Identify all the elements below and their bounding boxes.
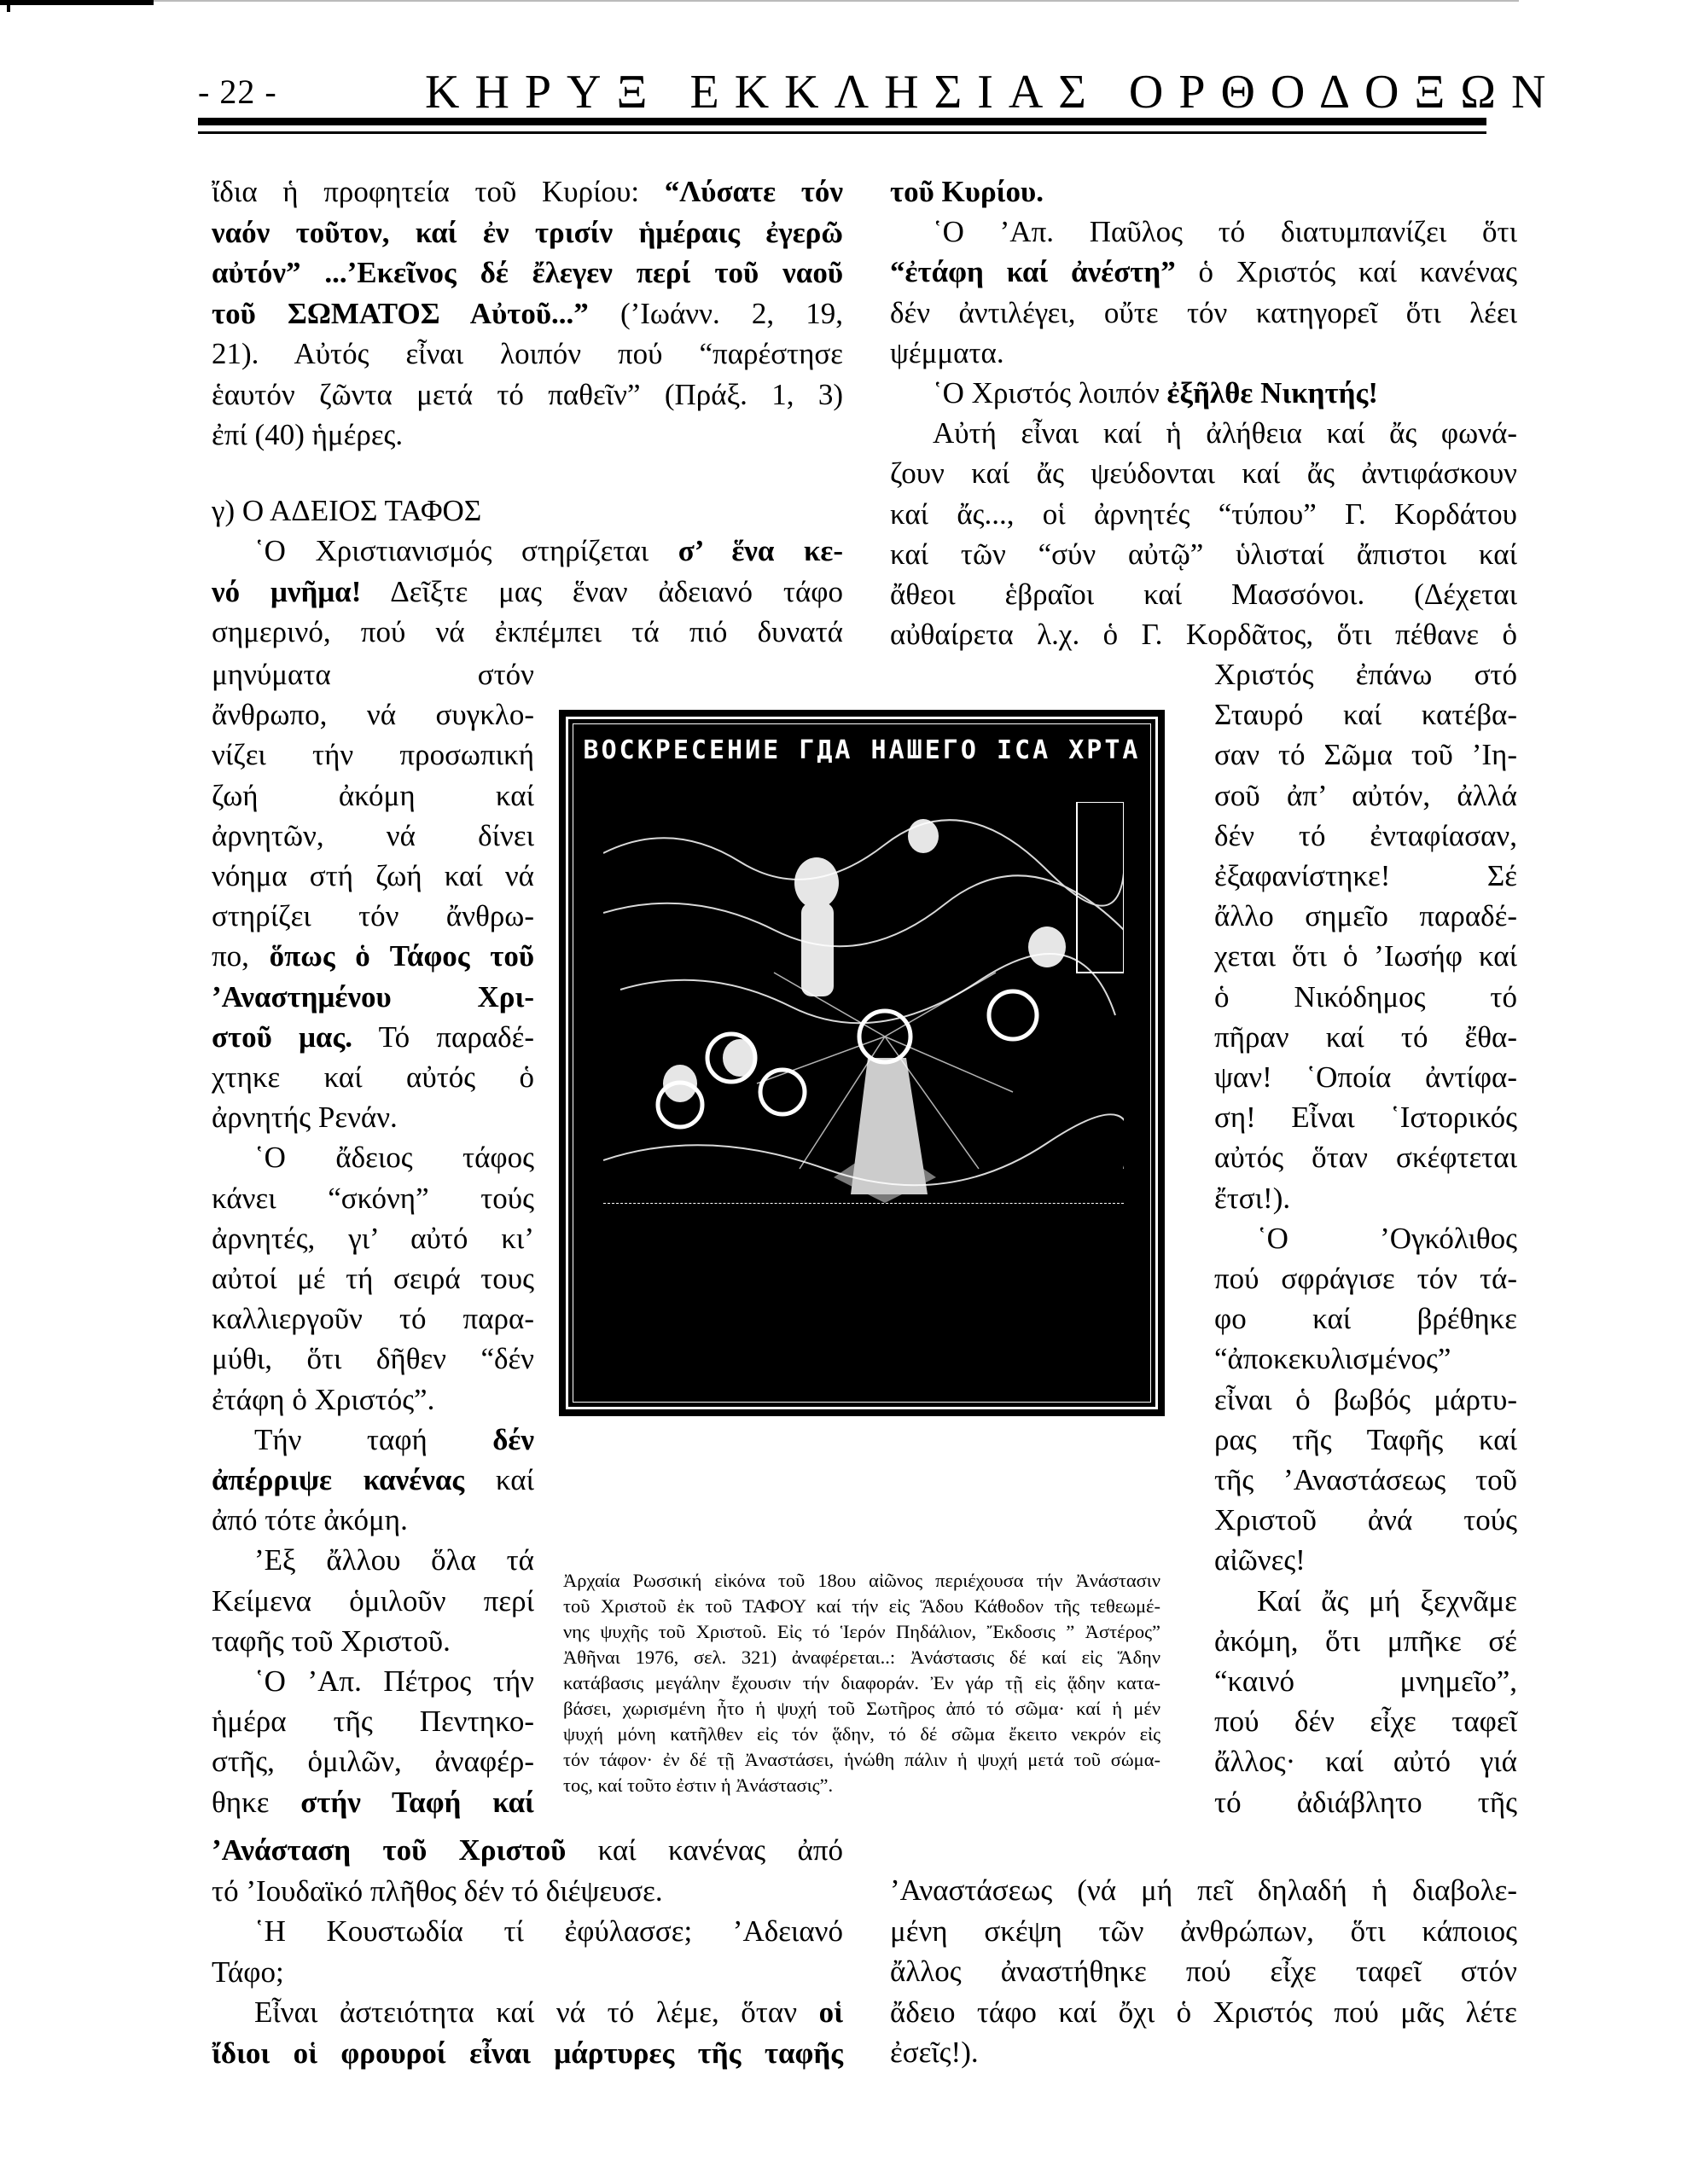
body-text: ἄνθρωπο, νά συγκλο- (212, 698, 534, 731)
body-text: καί ἄς..., οἱ ἀρνητές “τύπου” Γ. Κορδάτο… (890, 497, 1517, 531)
body-text: Αὐτή εἶναι καί ἡ ἀλήθεια καί ἄς φωνά- (933, 416, 1517, 450)
text-line: ’Ανάσταση τοῦ Χριστοῦ καί κανένας ἀπό (212, 1832, 843, 1869)
text-line: 21). Αὐτός εἶναι λοιπόν πού “παρέστησε (212, 335, 843, 373)
body-text: τῆς ’Αναστάσεως τοῦ (1214, 1463, 1517, 1496)
text-line: ρας τῆς Ταφῆς καί (1214, 1421, 1517, 1459)
text-line: σοῦ ἀπ’ αὐτόν, ἀλλά (1214, 777, 1517, 815)
text-line: ἀρνητῶν, νά δίνει (212, 817, 534, 855)
body-text: ἄθεοι ἑβραῖοι καί Μασσόνοι. (Δέχεται (890, 578, 1517, 611)
body-text: ἄλλο σημεῖο παραδέ- (1214, 899, 1517, 932)
text-line: θηκε στήν Ταφή καί (212, 1784, 534, 1821)
text-line: τοῦ Κυρίου. (890, 173, 1517, 211)
text-line: στῆς, ὁμιλῶν, ἀναφέρ- (212, 1743, 534, 1780)
text-line: ῾Ο ’Απ. Πέτρος τήν (212, 1663, 534, 1700)
body-text: ῾Ο Χριστός λοιπόν (933, 376, 1167, 409)
text-line: ἴδια ἡ προφητεία τοῦ Κυρίου: “Λύσατε τόν (212, 173, 843, 211)
body-text: Δεῖξτε μας ἕναν ἀδειανό τάφο (361, 575, 843, 608)
bold-text: ὅπως ὁ Τάφος τοῦ (270, 939, 534, 973)
body-text: ὁ Νικόδημος τό (1214, 980, 1517, 1014)
text-line: ταφῆς τοῦ Χριστοῦ. (212, 1623, 534, 1660)
body-text: εἶναι ὁ βωβός μάρτυ- (1214, 1383, 1517, 1416)
body-text: μύθι, ὅτι δῆθεν “δέν (212, 1342, 534, 1375)
body-text: ῾Ο ’Απ. Παῦλος τό διατυμπανίζει ὅτι (933, 215, 1517, 248)
body-text: ῾Ο ’Απ. Πέτρος τήν (254, 1664, 534, 1698)
body-text: ἐσεῖς!). (890, 2036, 979, 2069)
bold-text: σ’ ἕνα κε- (678, 534, 843, 567)
text-line: αὐθαίρετα λ.χ. ὁ Γ. Κορδᾶτος, ὅτι πέθανε… (890, 616, 1517, 653)
bold-text: στήν Ταφή καί (300, 1786, 534, 1819)
text-line: ἀκόμη, ὅτι μπῆκε σέ (1214, 1623, 1517, 1660)
text-line: εἶναι ὁ βωβός μάρτυ- (1214, 1381, 1517, 1419)
body-text: σημερινό, πού νά ἐκπέμπει τά πιό δυνατά (212, 615, 843, 648)
text-line: τοῦ ΣΩΜΑΤΟΣ Αὐτοῦ...” (’Ιωάνν. 2, 19, (212, 295, 843, 333)
text-line: στηρίζει τόν ἄνθρω- (212, 897, 534, 935)
body-text: δέν τό ἐνταφίασαν, (1214, 819, 1517, 852)
bold-text: ἴδιοι οἱ φρουροί εἶναι μάρτυρες τῆς ταφῆ… (212, 2036, 843, 2070)
body-text: ἀπό τότε ἀκόμη. (212, 1503, 408, 1536)
text-line: καί ἄς..., οἱ ἀρνητές “τύπου” Γ. Κορδάτο… (890, 496, 1517, 533)
text-line: “καινό μνημεῖο”, (1214, 1663, 1517, 1700)
text-line: αὐτός ὅταν σκέφτεται (1214, 1139, 1517, 1176)
body-text: ση! Εἶναι ῾Ιστορικός (1214, 1101, 1517, 1134)
text-line: ἐτάφη ὁ Χριστός”. (212, 1381, 534, 1419)
body-text: αὐθαίρετα λ.χ. ὁ Γ. Κορδᾶτος, ὅτι πέθανε… (890, 618, 1517, 651)
text-line: ἀρνητές, γι’ αὐτό κι’ (212, 1220, 534, 1258)
bold-text: δέν (492, 1423, 534, 1456)
body-text: ἀρνητές, γι’ αὐτό κι’ (212, 1222, 534, 1255)
body-text: στηρίζει τόν ἄνθρω- (212, 899, 534, 932)
body-text: καί τῶν “σύν αὐτῷ” ὑλισταί ἄπιστοι καί (890, 537, 1517, 571)
text-line: τό ’Ιουδαϊκό πλῆθος δέν τό διέψευσε. (212, 1873, 843, 1910)
caption-line: τος, καί τοῦτο ἐστιν ἡ Ἀνάστασις”. (563, 1773, 1160, 1798)
bold-text: αὐτόν” ...’Εκεῖνος δέ ἔλεγεν περί τοῦ να… (212, 256, 843, 289)
text-line: ’Εξ ἄλλου ὅλα τά (212, 1542, 534, 1579)
body-text: ἡμέρα τῆς Πεντηκο- (212, 1705, 534, 1738)
text-line: νόημα στή ζωή καί νά (212, 857, 534, 895)
text-line: νίζει τήν προσωπική (212, 736, 534, 774)
text-line: καί τῶν “σύν αὐτῷ” ὑλισταί ἄπιστοι καί (890, 536, 1517, 573)
bold-text: οἱ (819, 1995, 843, 2029)
body-text: πο, (212, 939, 270, 973)
body-text: πού σφράγισε τόν τά- (1214, 1262, 1517, 1295)
text-line: μύθι, ὅτι δῆθεν “δέν (212, 1340, 534, 1378)
body-text: σοῦ ἀπ’ αὐτόν, ἀλλά (1214, 779, 1517, 812)
bold-text: τοῦ ΣΩΜΑΤΟΣ Αὐτοῦ...” (212, 297, 589, 330)
caption-line: Ἀρχαία Ρωσσική εἰκόνα τοῦ 18ου αἰῶνος πε… (563, 1568, 1160, 1593)
text-line: ῾Η Κουστωδία τί ἐφύλασσε; ’Αδειανό (212, 1913, 843, 1950)
header-rule-thick (198, 118, 1486, 125)
body-text: αἰῶνες! (1214, 1543, 1306, 1577)
body-text: ἄλλος ἀναστήθηκε πού εἶχε ταφεῖ στόν (890, 1955, 1517, 1988)
text-line: “ἐτάφη καί ἀνέστη” ὁ Χριστός καί κανένας (890, 253, 1517, 291)
text-line: ἔτσι!). (1214, 1180, 1517, 1217)
caption-line: ψυχή μόνη κατῆλθεν εἰς τόν ᾅδην, τό δέ σ… (563, 1722, 1160, 1746)
body-text: ταφῆς τοῦ Χριστοῦ. (212, 1624, 451, 1658)
bold-text: ἀπέρριψε κανένας (212, 1463, 464, 1496)
body-text: Τήν ταφή (254, 1423, 492, 1456)
bold-text: ναόν τοῦτον, καί ἐν τρισίν ἡμέραις ἐγερῶ (212, 216, 843, 249)
text-line: αὐτόν” ...’Εκεῖνος δέ ἔλεγεν περί τοῦ να… (212, 254, 843, 292)
text-line: ῾Ο ’Απ. Παῦλος τό διατυμπανίζει ὅτι (890, 213, 1517, 251)
text-line: ἴδιοι οἱ φρουροί εἶναι μάρτυρες τῆς ταφῆ… (212, 2035, 843, 2072)
text-line: Χριστός ἐπάνω στό (1214, 656, 1517, 694)
text-line: ζωή ἀκόμη καί (212, 777, 534, 815)
body-text: Τάφο; (212, 1955, 284, 1989)
body-text: Τό παραδέ- (352, 1020, 534, 1054)
caption-line: κατάβασις μεγάλην ἔχουσιν τήν διαφοράν. … (563, 1670, 1160, 1695)
header-rule-thin (198, 131, 1486, 134)
text-line: ἄλλο σημεῖο παραδέ- (1214, 897, 1517, 935)
body-text: αὐτοί μέ τή σειρά τους (212, 1262, 534, 1295)
text-line: ζουν καί ἄς ψεύδονται καί ἄς ἀντιφάσκουν (890, 455, 1517, 492)
body-text: ἐξαφανίστηκε! Σέ (1214, 859, 1517, 892)
body-text: ’Αναστάσεως (νά μή πεῖ δηλαδή ἡ διαβολε- (890, 1873, 1517, 1907)
text-line: ναόν τοῦτον, καί ἐν τρισίν ἡμέραις ἐγερῶ (212, 214, 843, 252)
body-text: Εἶναι ἀστειότητα καί νά τό λέμε, ὅταν (254, 1995, 819, 2029)
body-text: χεται ὅτι ὁ ’Ιωσήφ καί (1214, 939, 1517, 973)
body-text: ἐπί (40) ἡμέρες. (212, 418, 403, 451)
text-line: ῾Ο ἄδειος τάφος (212, 1139, 534, 1176)
text-line: ψέμματα. (890, 334, 1517, 372)
body-text: Χριστός ἐπάνω στό (1214, 658, 1517, 691)
text-line: Κείμενα ὁμιλοῦν περί (212, 1583, 534, 1620)
body-text: ῾Η Κουστωδία τί ἐφύλασσε; ’Αδειανό (254, 1914, 843, 1948)
text-line: χεται ὅτι ὁ ’Ιωσήφ καί (1214, 938, 1517, 975)
body-text: ἐτάφη ὁ Χριστός”. (212, 1383, 434, 1416)
text-line: τό ἀδιάβλητο τῆς (1214, 1784, 1517, 1821)
resurrection-icon-image (603, 802, 1124, 1204)
body-text: νίζει τήν προσωπική (212, 738, 534, 771)
text-line: ψαν! ῾Οποία ἀντίφα- (1214, 1059, 1517, 1096)
body-text: ὁ Χριστός καί κανένας (1176, 255, 1517, 288)
bold-text: νό μνῆμα! (212, 575, 361, 608)
caption-line: νης ψυχῆς τοῦ Χριστοῦ. Εἰς τό Ἱερόν Πηδά… (563, 1619, 1160, 1644)
body-text: “καινό μνημεῖο”, (1214, 1664, 1517, 1698)
body-text: τό ἀδιάβλητο τῆς (1214, 1786, 1517, 1819)
text-line: Σταυρό καί κατέβα- (1214, 696, 1517, 734)
body-text: “ἀποκεκυλισμένος” (1214, 1342, 1451, 1375)
caption-line: τόν τάφον· ἐν δέ τῇ Ἀναστάσει, ἡνώθη πάλ… (563, 1747, 1160, 1772)
text-line: αἰῶνες! (1214, 1542, 1517, 1579)
body-text: καί κανένας ἀπό (566, 1833, 843, 1867)
text-line: ἄνθρωπο, νά συγκλο- (212, 696, 534, 734)
page-header: - 22 - ΚΗΡΥΞ ΕΚΚΛΗΣΙΑΣ ΟΡΘΟΔΟΞΩΝ (0, 0, 1681, 154)
body-text: καί (464, 1463, 534, 1496)
body-text: δέν ἀντιλέγει, οὔτε τόν κατηγορεῖ ὅτι λέ… (890, 296, 1517, 329)
masthead-title: ΚΗΡΥΞ ΕΚΚΛΗΣΙΑΣ ΟΡΘΟΔΟΞΩΝ (425, 65, 1561, 119)
body-text: θηκε (212, 1786, 300, 1819)
body-text: τό ’Ιουδαϊκό πλῆθος δέν τό διέψευσε. (212, 1874, 663, 1908)
text-line: ἐπί (40) ἡμέρες. (212, 416, 843, 454)
body-text: ρας τῆς Ταφῆς καί (1214, 1423, 1517, 1456)
text-line: στοῦ μας. Τό παραδέ- (212, 1019, 534, 1056)
text-line: ἀπέρριψε κανένας καί (212, 1461, 534, 1499)
body-text: ἄλλος· καί αὐτό γιά (1214, 1745, 1517, 1778)
text-line: ἄδειο τάφο καί ὄχι ὁ Χριστός πού μᾶς λέτ… (890, 1994, 1517, 2031)
text-line: κάνει “σκόνη” τούς (212, 1180, 534, 1217)
body-text: ψαν! ῾Οποία ἀντίφα- (1214, 1060, 1517, 1094)
text-line: μηνύματα στόν (212, 656, 534, 694)
bold-text: ’Αναστημένου Χρι- (212, 980, 534, 1014)
body-text: ῾Ο ’Ογκόλιθος (1257, 1222, 1517, 1255)
body-text: (’Ιωάνν. 2, 19, (589, 297, 843, 330)
caption-line: τοῦ Χριστοῦ ἐκ τοῦ ΤΑΦΟΥ καί τήν εἰς Ἅδο… (563, 1594, 1160, 1618)
text-line: Αὐτή εἶναι καί ἡ ἀλήθεια καί ἄς φωνά- (890, 415, 1517, 452)
text-line: σημερινό, πού νά ἐκπέμπει τά πιό δυνατά (212, 613, 843, 651)
text-line: τῆς ’Αναστάσεως τοῦ (1214, 1461, 1517, 1499)
text-line: Τήν ταφή δέν (212, 1421, 534, 1459)
bold-text: “ἐτάφη καί ἀνέστη” (890, 255, 1176, 288)
text-line: αὐτοί μέ τή σειρά τους (212, 1260, 534, 1298)
body-text: Σταυρό καί κατέβα- (1214, 698, 1517, 731)
body-text: ἴδια ἡ προφητεία τοῦ Κυρίου: (212, 175, 665, 208)
body-text: πού δέν εἶχε ταφεῖ (1214, 1705, 1517, 1738)
icon-image-figure: ВОСКРЕСЕНИЕ ГДА НАШЕГО ІСА ХРТА (559, 710, 1165, 1416)
body-text: καλλιεργοῦν τό παρα- (212, 1302, 534, 1335)
body-text: ῾Ο ἄδειος τάφος (254, 1141, 534, 1174)
text-line: μένη σκέψη τῶν ἀνθρώπων, ὅτι κάποιος (890, 1913, 1517, 1950)
text-line: σαν τό Σῶμα τοῦ ’Ιη- (1214, 736, 1517, 774)
body-text: ἀκόμη, ὅτι μπῆκε σέ (1214, 1624, 1517, 1658)
text-line: πῆραν καί τό ἔθα- (1214, 1019, 1517, 1056)
text-line: ἀπό τότε ἀκόμη. (212, 1501, 534, 1539)
body-text: ἀρνητής Ρενάν. (212, 1101, 398, 1134)
body-text: ἔτσι!). (1214, 1182, 1290, 1215)
bold-text: “Λύσατε τόν (665, 175, 843, 208)
text-line: πο, ὅπως ὁ Τάφος τοῦ (212, 938, 534, 975)
page-number: - 22 - (198, 72, 277, 112)
body-text: μένη σκέψη τῶν ἀνθρώπων, ὅτι κάποιος (890, 1914, 1517, 1948)
body-text: ἀρνητῶν, νά δίνει (212, 819, 534, 852)
body-text: ψέμματα. (890, 336, 1004, 369)
body-text: μηνύματα στόν (212, 658, 534, 691)
body-text: νόημα στή ζωή καί νά (212, 859, 534, 892)
bold-text: ἐξῆλθε Νικητής! (1167, 376, 1378, 409)
text-line: δέν τό ἐνταφίασαν, (1214, 817, 1517, 855)
text-line: ἄλλος· καί αὐτό γιά (1214, 1743, 1517, 1780)
body-text: φο καί βρέθηκε (1214, 1302, 1517, 1335)
text-line: Τάφο; (212, 1954, 843, 1991)
text-line: ἡμέρα τῆς Πεντηκο- (212, 1703, 534, 1740)
text-line: νό μνῆμα! Δεῖξτε μας ἕναν ἀδειανό τάφο (212, 573, 843, 611)
text-line: πού δέν εἶχε ταφεῖ (1214, 1703, 1517, 1740)
bold-text: στοῦ μας. (212, 1020, 352, 1054)
text-line: ῾Ο Χριστός λοιπόν ἐξῆλθε Νικητής! (890, 375, 1517, 412)
text-line: “ἀποκεκυλισμένος” (1214, 1340, 1517, 1378)
body-text: πῆραν καί τό ἔθα- (1214, 1020, 1517, 1054)
body-text: ῾Ο Χριστιανισμός στηρίζεται (254, 534, 678, 567)
body-text: ἑαυτόν ζῶντα μετά τό παθεῖν” (Πράξ. 1, 3… (212, 378, 843, 411)
text-line: φο καί βρέθηκε (1214, 1300, 1517, 1338)
text-line: ἄθεοι ἑβραῖοι καί Μασσόνοι. (Δέχεται (890, 576, 1517, 613)
body-text: ’Εξ ἄλλου ὅλα τά (254, 1543, 534, 1577)
body-text: ζουν καί ἄς ψεύδονται καί ἄς ἀντιφάσκουν (890, 456, 1517, 490)
caption-line: βάσει, χωρισμένη ἦτο ἡ ψυχή τοῦ Σωτῆρος … (563, 1696, 1160, 1721)
body-text: στῆς, ὁμιλῶν, ἀναφέρ- (212, 1745, 534, 1778)
text-line: Χριστοῦ ἀνά τούς (1214, 1501, 1517, 1539)
body-text: Καί ἄς μή ξεχνᾶμε (1257, 1584, 1517, 1618)
body-text: αὐτός ὅταν σκέφτεται (1214, 1141, 1517, 1174)
bold-text: τοῦ Κυρίου. (890, 175, 1044, 208)
text-line: ἑαυτόν ζῶντα μετά τό παθεῖν” (Πράξ. 1, 3… (212, 376, 843, 414)
text-line: Εἶναι ἀστειότητα καί νά τό λέμε, ὅταν οἱ (212, 1994, 843, 2031)
text-line: Καί ἄς μή ξεχνᾶμε (1214, 1583, 1517, 1620)
bold-text: ’Ανάσταση τοῦ Χριστοῦ (212, 1833, 566, 1867)
body-text: κάνει “σκόνη” τούς (212, 1182, 534, 1215)
text-line: ’Αναστημένου Χρι- (212, 979, 534, 1016)
text-line: χτηκε καί αὐτός ὁ (212, 1059, 534, 1096)
text-line: καλλιεργοῦν τό παρα- (212, 1300, 534, 1338)
section-heading: γ) Ο ΑΔΕΙΟΣ ΤΑΦΟΣ (212, 492, 481, 530)
text-line: πού σφράγισε τόν τά- (1214, 1260, 1517, 1298)
body-text: Χριστοῦ ἀνά τούς (1214, 1503, 1517, 1536)
text-line: ῾Ο ’Ογκόλιθος (1214, 1220, 1517, 1258)
body-text: σαν τό Σῶμα τοῦ ’Ιη- (1214, 738, 1517, 771)
text-line: ἀρνητής Ρενάν. (212, 1099, 534, 1136)
body-text: ζωή ἀκόμη καί (212, 779, 534, 812)
text-line: ὁ Νικόδημος τό (1214, 979, 1517, 1016)
text-line: ση! Εἶναι ῾Ιστορικός (1214, 1099, 1517, 1136)
text-line: ’Αναστάσεως (νά μή πεῖ δηλαδή ἡ διαβολε- (890, 1872, 1517, 1909)
text-line: δέν ἀντιλέγει, οὔτε τόν κατηγορεῖ ὅτι λέ… (890, 294, 1517, 332)
icon-title-inscription: ВОСКРЕСЕНИЕ ГДА НАШЕГО ІСА ХРТА (559, 735, 1165, 765)
text-line: ῾Ο Χριστιανισμός στηρίζεται σ’ ἕνα κε- (212, 532, 843, 570)
body-text: 21). Αὐτός εἶναι λοιπόν πού “παρέστησε (212, 337, 843, 370)
text-line: ἐξαφανίστηκε! Σέ (1214, 857, 1517, 895)
body-text: ἄδειο τάφο καί ὄχι ὁ Χριστός πού μᾶς λέτ… (890, 1995, 1517, 2029)
text-line: ἄλλος ἀναστήθηκε πού εἶχε ταφεῖ στόν (890, 1953, 1517, 1990)
caption-line: Ἀθῆναι 1976, σελ. 321) ἀναφέρεται..: Ἀνά… (563, 1645, 1160, 1670)
text-line: ἐσεῖς!). (890, 2034, 1517, 2071)
body-text: χτηκε καί αὐτός ὁ (212, 1060, 534, 1094)
body-text: Κείμενα ὁμιλοῦν περί (212, 1584, 534, 1618)
